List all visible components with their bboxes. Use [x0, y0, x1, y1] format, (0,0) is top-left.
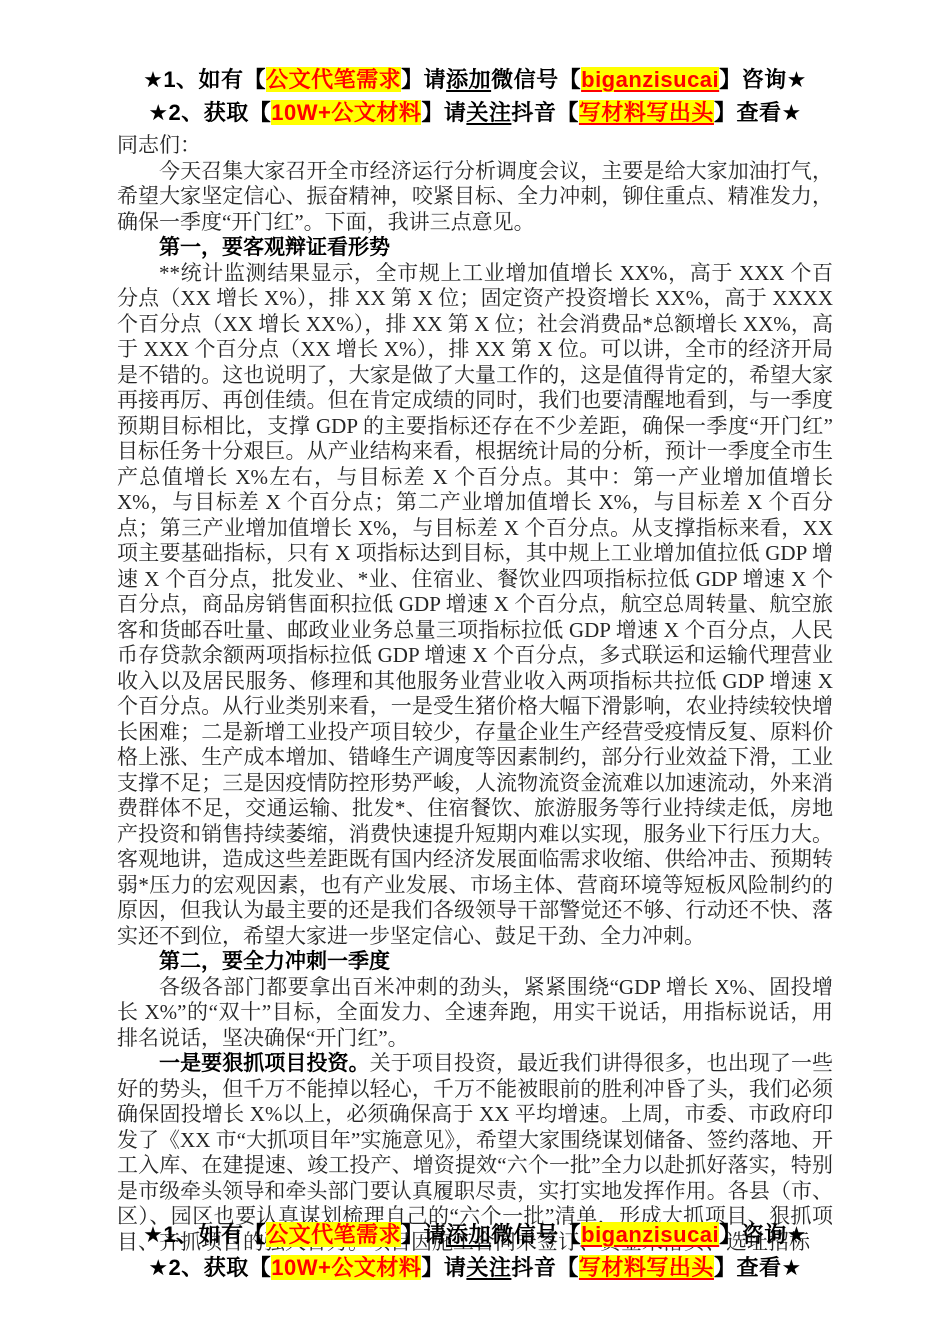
promo-banner-top-line-1: ★1、如有【公文代笔需求】请添加微信号【biganzisucai】咨询★ — [0, 63, 950, 96]
section1-paragraph: **统计监测结果显示，全市规上工业增加值增长 XX%，高于 XXX 个百分点（X… — [117, 261, 833, 950]
promo-banner-bottom-line-2: ★2、获取【10W+公文材料】请关注抖音【写材料写出头】查看★ — [0, 1251, 950, 1284]
banner1-prefix: ★1、如有【 — [143, 67, 266, 92]
banner2-douyin-label: 抖音【 — [511, 1255, 579, 1280]
banner2-suffix: 】查看★ — [714, 1255, 802, 1280]
document-body: 同志们： 今天召集大家召开全市经济运行分析调度会议，主要是给大家加油打气，希望大… — [117, 133, 833, 1255]
banner1-suffix: 】咨询★ — [719, 67, 807, 92]
banner1-wechat-label: 微信号【 — [491, 67, 581, 92]
promo-banner-top: ★1、如有【公文代笔需求】请添加微信号【biganzisucai】咨询★ ★2、… — [0, 0, 950, 129]
banner2-suffix: 】查看★ — [714, 100, 802, 125]
salutation: 同志们： — [117, 133, 833, 159]
banner1-service-highlight: 公文代笔需求 — [266, 1222, 401, 1247]
banner1-add-underline: 添加 — [446, 67, 491, 92]
item1-lead: 一是要狠抓项目投资。 — [159, 1052, 370, 1075]
banner2-follow-underline: 关注 — [466, 1255, 511, 1280]
intro-paragraph: 今天召集大家召开全市经济运行分析调度会议，主要是给大家加油打气，希望大家坚定信心… — [117, 159, 833, 236]
banner1-prefix: ★1、如有【 — [143, 1222, 266, 1247]
banner2-douyin-id: 写材料写出头 — [579, 1255, 714, 1280]
banner2-material-highlight: 10W+公文材料 — [271, 1255, 421, 1280]
banner2-material-highlight: 10W+公文材料 — [271, 100, 421, 125]
banner2-prefix: ★2、获取【 — [148, 1255, 271, 1280]
banner2-mid: 】请 — [421, 1255, 466, 1280]
section1-heading: 第一，要客观辩证看形势 — [117, 235, 833, 261]
banner1-wechat-label: 微信号【 — [491, 1222, 581, 1247]
document-page: ★1、如有【公文代笔需求】请添加微信号【biganzisucai】咨询★ ★2、… — [0, 0, 950, 1344]
banner2-follow-underline: 关注 — [466, 100, 511, 125]
banner2-douyin-id: 写材料写出头 — [579, 100, 714, 125]
banner1-suffix: 】咨询★ — [719, 1222, 807, 1247]
promo-banner-bottom-line-1: ★1、如有【公文代笔需求】请添加微信号【biganzisucai】咨询★ — [0, 1218, 950, 1251]
promo-banner-top-line-2: ★2、获取【10W+公文材料】请关注抖音【写材料写出头】查看★ — [0, 96, 950, 129]
section2-heading: 第二，要全力冲刺一季度 — [117, 949, 833, 975]
banner2-prefix: ★2、获取【 — [148, 100, 271, 125]
banner1-add-underline: 添加 — [446, 1222, 491, 1247]
banner2-douyin-label: 抖音【 — [511, 100, 579, 125]
banner2-mid: 】请 — [421, 100, 466, 125]
banner1-mid: 】请 — [401, 1222, 446, 1247]
banner1-mid: 】请 — [401, 67, 446, 92]
banner1-wechat-id: biganzisucai — [581, 67, 719, 92]
section2-paragraph: 各级各部门都要拿出百米冲刺的劲头，紧紧围绕“GDP 增长 X%、固投增长 X%”… — [117, 975, 833, 1052]
promo-banner-bottom: ★1、如有【公文代笔需求】请添加微信号【biganzisucai】咨询★ ★2、… — [0, 1218, 950, 1284]
banner1-wechat-id: biganzisucai — [581, 1222, 719, 1247]
banner1-service-highlight: 公文代笔需求 — [266, 67, 401, 92]
